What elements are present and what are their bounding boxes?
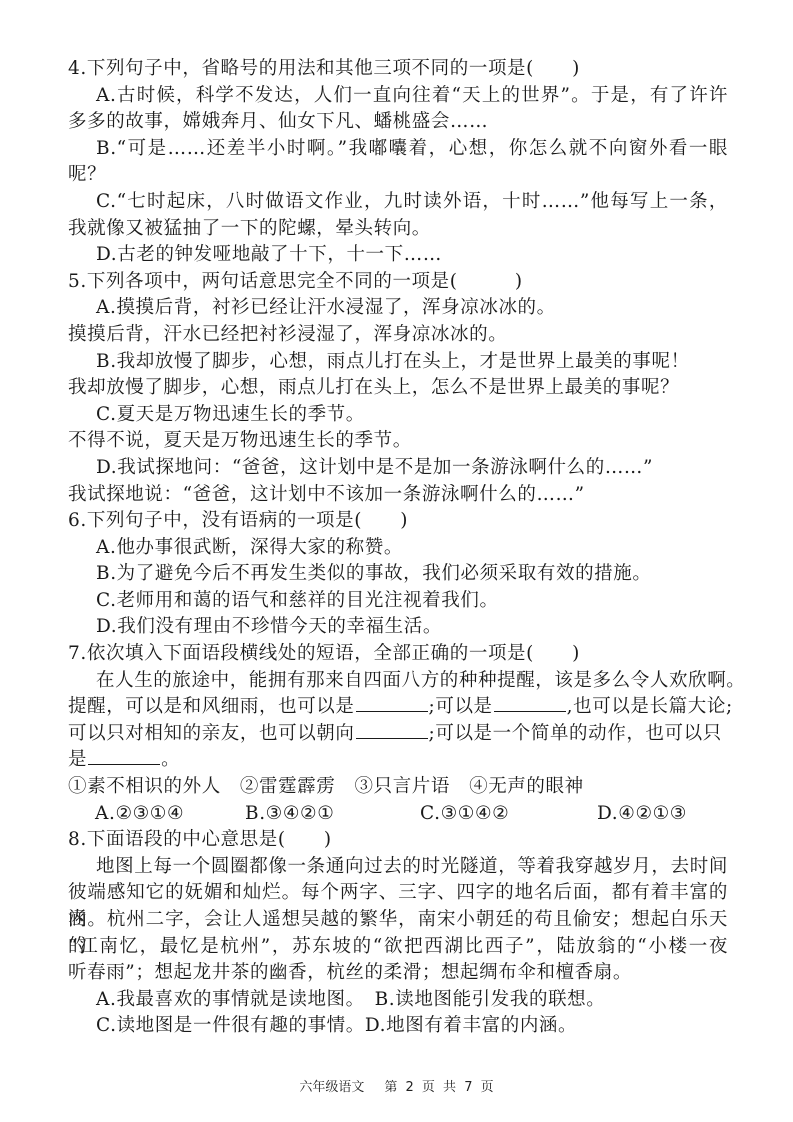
passage-line: 地图上每一个圆圈都像一条通向过去的时光隧道，等着我穿越岁月，去时间: [68, 854, 728, 881]
question-stem: 7.依次填入下面语段横线处的短语，全部正确的一项是( ): [68, 641, 728, 668]
option-b: B.“可是……还差半小时啊。”我嘟囔着，心想，你怎么就不向窗外看一眼: [68, 136, 728, 163]
question-5: 5.下列各项中，两句话意思完全不同的一项是( ) A.摸摸后背，衬衫已经让汗水浸…: [68, 269, 728, 508]
option-d: D.古老的钟发哑地敲了十下，十一下……: [68, 242, 728, 269]
answer-options: A.②③①④ B.③④②① C.③①④② D.④②①③: [68, 801, 728, 828]
passage-line: 提醒，可以是和风细雨，也可以是;可以是,也可以是长篇大论;: [68, 694, 728, 721]
option-c: C.“七时起床，八时做语文作业，九时读外语，十时……”他每写上一条，: [68, 189, 728, 216]
question-stem: 6.下列句子中，没有语病的一项是( ): [68, 508, 728, 535]
option-a-continued: 多多的故事，嫦娥奔月、仙女下凡、蟠桃盛会……: [68, 109, 728, 136]
passage-line: “江南忆，最忆是杭州”，苏东坡的“欲把西湖比西子”，陆放翁的“小楼一夜: [68, 934, 728, 961]
option-a: A.摸摸后背，衬衫已经让汗水浸湿了，浑身凉冰冰的。: [68, 295, 728, 322]
option-c: C.夏天是万物迅速生长的季节。: [68, 402, 728, 429]
option-a: A.古时候，科学不发达，人们一直向往着“天上的世界”。于是，有了许许: [68, 83, 728, 110]
option-d: D.我试探地问：“爸爸，这计划中是不是加一条游泳啊什么的……”: [68, 455, 728, 482]
option-b: B.我却放慢了脚步，心想，雨点儿打在头上，才是世界上最美的事呢！: [68, 349, 728, 376]
passage-line: 彼端感知它的妩媚和灿烂。每个两字、三字、四字的地名后面，都有着丰富的内: [68, 880, 728, 907]
passage-text: ,也可以是长篇大论;: [567, 696, 733, 717]
passage-line: 涵。杭州二字，会让人遥想吴越的繁华，南宋小朝廷的苟且偷安；想起白乐天的: [68, 907, 728, 934]
passage-text: 提醒，可以是和风细雨，也可以是: [68, 696, 355, 717]
fill-blank-3[interactable]: [356, 722, 428, 739]
option-a: A.他办事很武断，深得大家的称赞。: [68, 535, 728, 562]
passage-text: 。: [161, 749, 180, 770]
option-b: B.为了避免今后不再发生类似的事故，我们必须采取有效的措施。: [68, 561, 728, 588]
question-6: 6.下列句子中，没有语病的一项是( ) A.他办事很武断，深得大家的称赞。 B.…: [68, 508, 728, 641]
passage-line: 是。: [68, 747, 728, 774]
options-ab: A.我最喜欢的事情就是读地图。 B.读地图能引发我的联想。: [68, 987, 728, 1014]
passage-text: ;可以是一个简单的动作，也可以只: [429, 723, 722, 744]
option-c: C.③①④②: [420, 801, 509, 828]
question-stem: 5.下列各项中，两句话意思完全不同的一项是( ): [68, 269, 728, 296]
options-cd: C.读地图是一件很有趣的事情。D.地图有着丰富的内涵。: [68, 1013, 728, 1040]
question-8: 8.下面语段的中心意思是( ) 地图上每一个圆圈都像一条通向过去的时光隧道，等着…: [68, 827, 728, 1040]
phrase-list: ①素不相识的外人 ②雷霆霹雳 ③只言片语 ④无声的眼神: [68, 774, 728, 801]
passage-text: 是: [68, 749, 87, 770]
option-b-pair: 我却放慢了脚步，心想，雨点儿打在头上，怎么不是世界上最美的事呢？: [68, 375, 728, 402]
option-d-pair: 我试探地说：“爸爸，这计划中不该加一条游泳啊什么的……”: [68, 482, 728, 509]
fill-blank-1[interactable]: [356, 695, 428, 712]
question-7: 7.依次填入下面语段横线处的短语，全部正确的一项是( ) 在人生的旅途中，能拥有…: [68, 641, 728, 827]
passage-text: ;可以是: [429, 696, 493, 717]
option-c-continued: 我就像又被猛抽了一下的陀螺，晕头转向。: [68, 216, 728, 243]
passage-line: 听春雨”；想起龙井茶的幽香，杭丝的柔滑；想起绸布伞和檀香扇。: [68, 960, 728, 987]
fill-blank-2[interactable]: [494, 695, 566, 712]
option-d: D.④②①③: [597, 801, 687, 828]
passage-text: 可以只对相知的亲友，也可以朝向: [68, 723, 355, 744]
option-a: A.②③①④: [95, 801, 184, 828]
option-d: D.我们没有理由不珍惜今天的幸福生活。: [68, 614, 728, 641]
option-b: B.③④②①: [245, 801, 334, 828]
passage-line: 在人生的旅途中，能拥有那来自四面八方的种种提醒，该是多么令人欢欣啊。: [68, 668, 728, 695]
footer-subject: 六年级语文: [299, 1080, 364, 1095]
fill-blank-4[interactable]: [88, 748, 160, 765]
option-c: C.老师用和蔼的语气和慈祥的目光注视着我们。: [68, 588, 728, 615]
option-c-pair: 不得不说，夏天是万物迅速生长的季节。: [68, 428, 728, 455]
question-4: 4.下列句子中，省略号的用法和其他三项不同的一项是( ) A.古时候，科学不发达…: [68, 56, 728, 269]
page-footer: 六年级语文第 2 页 共 7 页: [0, 1076, 793, 1095]
option-a-pair: 摸摸后背，汗水已经把衬衫浸湿了，浑身凉冰冰的。: [68, 322, 728, 349]
question-stem: 8.下面语段的中心意思是( ): [68, 827, 728, 854]
question-stem: 4.下列句子中，省略号的用法和其他三项不同的一项是( ): [68, 56, 728, 83]
passage-line: 可以只对相知的亲友，也可以朝向;可以是一个简单的动作，也可以只: [68, 721, 728, 748]
exam-page: 4.下列句子中，省略号的用法和其他三项不同的一项是( ) A.古时候，科学不发达…: [68, 56, 728, 1040]
option-b-continued: 呢？: [68, 162, 728, 189]
footer-page-number: 第 2 页 共 7 页: [384, 1080, 493, 1095]
